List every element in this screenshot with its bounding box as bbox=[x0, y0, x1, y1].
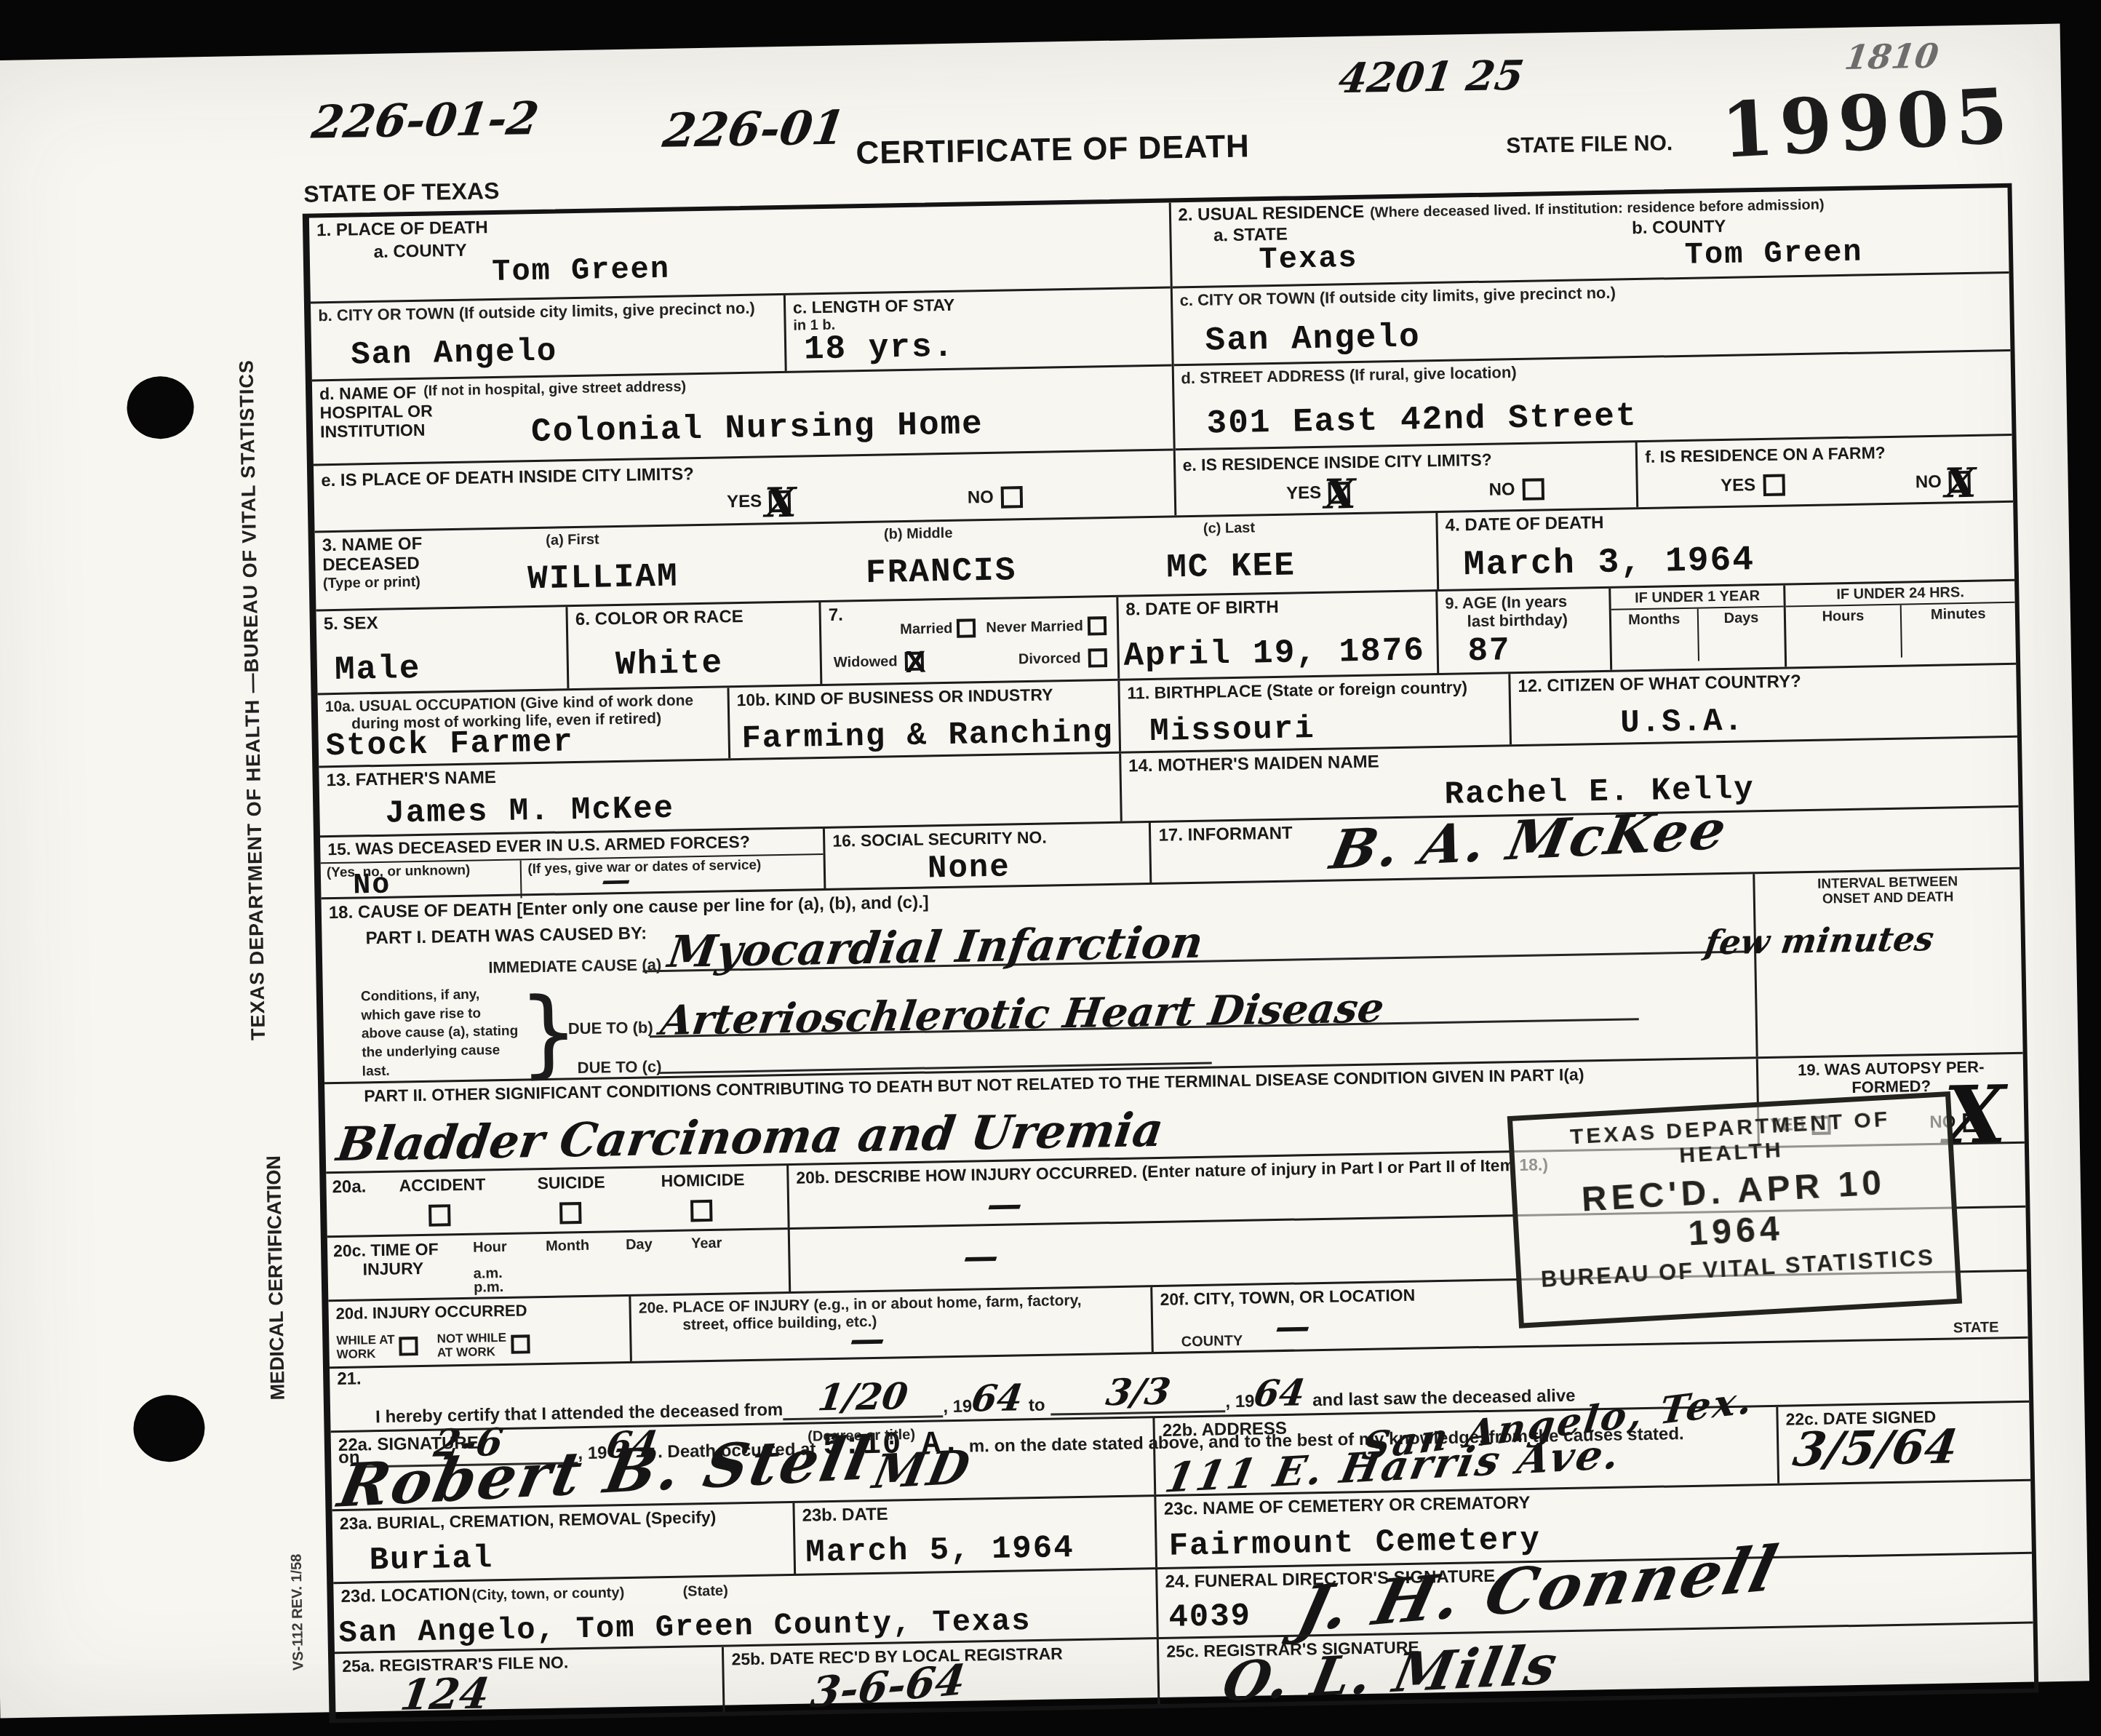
burial-type-label: 23a. BURIAL, CREMATION, REMOVAL (Specify… bbox=[340, 1507, 786, 1534]
divorced-label: Divorced bbox=[1018, 650, 1081, 667]
residence-state-value: Texas bbox=[1259, 243, 1358, 275]
residence-street-value: 301 East 42nd Street bbox=[1206, 399, 1638, 441]
section-11-birthplace: 11. BIRTHPLACE (State or foreign country… bbox=[1117, 674, 1510, 752]
registrar-signature: O. L. Mills bbox=[1219, 1638, 1563, 1709]
date-of-death-label: 4. DATE OF DEATH bbox=[1446, 506, 2006, 536]
received-stamp: TEXAS DEPARTMENT OF HEALTH REC'D. APR 10… bbox=[1507, 1091, 1962, 1329]
residence-limits-yes-label: YES bbox=[1286, 483, 1322, 503]
residence-city-value: San Angelo bbox=[1205, 320, 1421, 357]
certify-19-a: , 19 bbox=[943, 1396, 973, 1417]
interval-a-value: few minutes bbox=[1703, 922, 1937, 960]
certify-from-value: 1/20 bbox=[816, 1378, 910, 1416]
section-22c-date-signed: 22c. DATE SIGNED 3/5/64 bbox=[1776, 1403, 2030, 1484]
age-label-2: last birthday) bbox=[1467, 610, 1603, 631]
injury-20d-label: 20d. INJURY OCCURRED bbox=[335, 1300, 622, 1323]
name-title-1: 3. NAME OF bbox=[322, 533, 490, 556]
section-20c: 20c. TIME OF INJURY Hour Month Day Year … bbox=[327, 1230, 789, 1299]
injury-20c-label-1: 20c. TIME OF bbox=[333, 1241, 439, 1261]
father-value: James M. McKee bbox=[385, 793, 674, 830]
ssn-value: None bbox=[928, 851, 1010, 885]
death-limits-no-label: NO bbox=[968, 487, 994, 508]
suicide-checkbox bbox=[559, 1202, 582, 1225]
residence-title: 2. USUAL RESIDENCE bbox=[1178, 203, 1364, 226]
occupation-value: Stock Farmer bbox=[325, 726, 574, 763]
section-16-ssn: 16. SOCIAL SECURITY NO. None bbox=[823, 823, 1150, 888]
homicide-checkbox bbox=[690, 1200, 713, 1222]
burial-date-value: March 5, 1964 bbox=[805, 1532, 1075, 1569]
section-6-color-or-race: 6. COLOR OR RACE White bbox=[566, 602, 821, 688]
age-label-1: 9. AGE (In years bbox=[1445, 592, 1602, 613]
residence-limits-no-checkbox bbox=[1522, 478, 1544, 501]
residence-limits-label: e. IS RESIDENCE INSIDE CITY LIMITS? bbox=[1182, 448, 1628, 475]
certificate-title: CERTIFICATE OF DEATH bbox=[856, 128, 1250, 172]
section-18-cause-of-death: 18. CAUSE OF DEATH [Enter only one cause… bbox=[322, 874, 1757, 1082]
certify-to-word: to bbox=[1029, 1395, 1045, 1416]
section-10b-business: 10b. KIND OF BUSINESS OR INDUSTRY Farmin… bbox=[727, 681, 1119, 759]
institution-label-1: d. NAME OF bbox=[319, 383, 416, 404]
state-footer-label: STATE bbox=[1953, 1319, 1999, 1337]
state-file-number: 19905 bbox=[1719, 71, 2016, 175]
handwritten-annotation-center: 226-01 bbox=[660, 105, 848, 155]
section-12-citizen: 12. CITIZEN OF WHAT COUNTRY? U.S.A. bbox=[1508, 665, 2017, 744]
section-5-sex: 5. SEX Male bbox=[316, 607, 567, 693]
married-checkbox bbox=[957, 618, 976, 637]
physician-degree-value: MD bbox=[869, 1444, 976, 1496]
residence-farm-no-checkbox: X bbox=[1949, 471, 1972, 493]
margin-department-text: TEXAS DEPARTMENT OF HEALTH —BUREAU OF VI… bbox=[235, 333, 271, 1067]
section-23b-date: 23b. DATE March 5, 1964 bbox=[792, 1497, 1155, 1574]
injury-20e-value: — bbox=[848, 1322, 888, 1358]
sex-value: Male bbox=[335, 652, 421, 687]
section-1-place-of-death: 1. PLACE OF DEATH a. COUNTY Tom Green b.… bbox=[309, 202, 1174, 530]
name-last-label: (c) Last bbox=[1203, 519, 1256, 537]
citizen-label: 12. CITIZEN OF WHAT COUNTRY? bbox=[1518, 669, 2009, 697]
armed-forces-sub-2: (If yes, give war or dates of service) bbox=[527, 857, 761, 877]
section-22a-signature: 22a. SIGNATURE (Degree or title) Robert … bbox=[331, 1418, 1155, 1509]
immediate-cause-value: Myocardial Infarction bbox=[666, 921, 1206, 974]
punch-hole bbox=[127, 375, 195, 439]
citizen-value: U.S.A. bbox=[1620, 705, 1745, 739]
suicide-label: SUICIDE bbox=[537, 1173, 605, 1192]
certify-number: 21. bbox=[337, 1369, 362, 1389]
city-of-death-label: b. CITY OR TOWN (If outside city limits,… bbox=[318, 299, 776, 325]
not-while-label-1: NOT WHILE bbox=[436, 1331, 506, 1346]
age-value: 87 bbox=[1467, 634, 1511, 668]
section-10a-occupation: 10a. USUAL OCCUPATION (Give kind of work… bbox=[318, 688, 728, 765]
date-of-death-value: March 3, 1964 bbox=[1463, 543, 1755, 583]
length-of-stay-value: 18 yrs. bbox=[804, 330, 955, 367]
if-under-1-year: IF UNDER 1 YEAR Months Days bbox=[1608, 586, 1785, 670]
county-footer-label: COUNTY bbox=[1181, 1333, 1243, 1350]
registrar-date-value: 3-6-64 bbox=[809, 1658, 968, 1713]
section-7-marital-status: 7. Married Never Married Widowed X Divor… bbox=[819, 597, 1118, 684]
month-label: Month bbox=[546, 1238, 589, 1254]
birthplace-label: 11. BIRTHPLACE (State or foreign country… bbox=[1127, 677, 1501, 703]
injury-20a-label: 20a. bbox=[332, 1177, 366, 1198]
divorced-checkbox bbox=[1088, 648, 1107, 667]
section-8-date-of-birth: 8. DATE OF BIRTH April 19, 1876 bbox=[1116, 592, 1437, 679]
section-23a-burial: 23a. BURIAL, CREMATION, REMOVAL (Specify… bbox=[332, 1503, 794, 1582]
homicide-label: HOMICIDE bbox=[661, 1171, 744, 1191]
section-22b-address: 22b. ADDRESS San Angelo, Tex. 111 E. Har… bbox=[1153, 1407, 1778, 1494]
not-while-label-2: AT WORK bbox=[437, 1345, 507, 1360]
minutes-label: Minutes bbox=[1931, 606, 1986, 623]
pm-label: p.m. bbox=[474, 1279, 504, 1296]
under-1-year-label: IF UNDER 1 YEAR bbox=[1611, 586, 1784, 611]
city-of-death-value: San Angelo bbox=[351, 335, 558, 371]
residence-county-value: Tom Green bbox=[1684, 236, 1863, 270]
injury-20f-value: — bbox=[1273, 1309, 1313, 1345]
registrar-file-value: 124 bbox=[398, 1672, 492, 1716]
section-15-armed-forces: 15. WAS DECEASED EVER IN U.S. ARMED FORC… bbox=[320, 829, 824, 897]
name-title-2: DECEASED bbox=[322, 553, 490, 576]
armed-forces-dash: — bbox=[600, 865, 634, 895]
cemetery-value: Fairmount Cemetery bbox=[1168, 1524, 1541, 1563]
race-label: 6. COLOR OR RACE bbox=[575, 606, 812, 630]
days-label: Days bbox=[1723, 610, 1758, 627]
injury-20c-label-2: INJURY bbox=[362, 1259, 439, 1279]
date-of-birth-label: 8. DATE OF BIRTH bbox=[1125, 595, 1428, 620]
minutes-column: Minutes bbox=[1899, 603, 2016, 658]
due-to-b-label: DUE TO (b) bbox=[568, 1019, 653, 1038]
county-of-death-value: Tom Green bbox=[492, 254, 671, 287]
death-limits-no-checkbox bbox=[1001, 486, 1024, 509]
year-label: Year bbox=[691, 1235, 722, 1252]
margin-form-code: VS-112 REV. 1/58 bbox=[287, 1510, 308, 1714]
certify-year-1: 64 bbox=[970, 1379, 1026, 1417]
location-sub-1: (City, town, or county) bbox=[471, 1585, 624, 1604]
residence-limits-no-label: NO bbox=[1488, 480, 1515, 501]
due-to-b-value: Arterioschlerotic Heart Disease bbox=[658, 987, 1387, 1041]
never-married-checkbox bbox=[1088, 616, 1107, 635]
section-4-date-of-death: 4. DATE OF DEATH March 3, 1964 bbox=[1435, 503, 2014, 589]
business-label: 10b. KIND OF BUSINESS OR INDUSTRY bbox=[736, 685, 1110, 710]
certificate-paper: TEXAS DEPARTMENT OF HEALTH —BUREAU OF VI… bbox=[0, 24, 2089, 1719]
death-limits-yes-label: YES bbox=[727, 492, 762, 512]
cause-label: 18. CAUSE OF DEATH [Enter only one cause… bbox=[329, 893, 929, 923]
residence-limits-yes-checkbox: X bbox=[1328, 482, 1351, 504]
certify-to-value: 3/3 bbox=[1104, 1374, 1173, 1412]
date-of-birth-value: April 19, 1876 bbox=[1123, 634, 1425, 672]
state-file-no-label: STATE FILE NO. bbox=[1506, 131, 1673, 159]
state-of-texas-label: STATE OF TEXAS bbox=[303, 178, 500, 208]
name-first-value: WILLIAM bbox=[527, 560, 679, 597]
months-column: Months bbox=[1611, 609, 1698, 663]
date-signed-value: 3/5/64 bbox=[1790, 1424, 1961, 1473]
section-2-usual-residence: 2. USUAL RESIDENCE (Where deceased lived… bbox=[1168, 188, 2013, 515]
section-20e: 20e. PLACE OF INJURY (e.g., in or about … bbox=[629, 1287, 1152, 1361]
name-title-3: (Type or print) bbox=[323, 573, 490, 592]
days-column: Days bbox=[1697, 608, 1785, 661]
certify-19-b: , 19 bbox=[1225, 1392, 1255, 1413]
conditions-note: Conditions, if any, which gave rise to a… bbox=[361, 985, 521, 1081]
business-value: Farming & Ranching bbox=[741, 717, 1114, 755]
section-25c-registrar-signature: 25c. REGISTRAR'S SIGNATURE O. L. Mills bbox=[1157, 1624, 2034, 1704]
part1-label: PART I. DEATH WAS CAUSED BY: bbox=[365, 924, 647, 949]
name-middle-label: (b) Middle bbox=[884, 525, 953, 543]
sex-label: 5. SEX bbox=[324, 610, 559, 634]
location-sub-2: (State) bbox=[682, 1583, 728, 1600]
while-at-work-checkbox bbox=[399, 1337, 418, 1355]
margin-medical-certification-text: MEDICAL CERTIFICATION bbox=[261, 1067, 291, 1489]
institution-value: Colonial Nursing Home bbox=[531, 407, 984, 449]
widowed-checkbox: X bbox=[904, 651, 923, 670]
certificate-grid: 1. PLACE OF DEATH a. COUNTY Tom Green b.… bbox=[303, 183, 2039, 1724]
while-at-label-2: WORK bbox=[337, 1346, 396, 1361]
immediate-cause-line: Myocardial Infarction bbox=[642, 928, 1746, 973]
while-at-label-1: WHILE AT bbox=[336, 1332, 395, 1347]
hours-label: Hours bbox=[1822, 608, 1864, 625]
certify-year-2: 64 bbox=[1252, 1374, 1308, 1412]
residence-farm-yes-label: YES bbox=[1721, 476, 1756, 496]
widowed-label: Widowed bbox=[834, 653, 898, 671]
death-limits-yes-mark: X bbox=[764, 479, 797, 527]
name-first-label: (a) First bbox=[546, 531, 599, 549]
due-to-b-line: Arterioschlerotic Heart Disease bbox=[649, 982, 1639, 1038]
handwritten-annotation-left: 226-01-2 bbox=[309, 96, 541, 146]
name-last-value: MC KEE bbox=[1166, 549, 1296, 584]
hours-column: Hours bbox=[1786, 605, 1901, 660]
punch-hole bbox=[133, 1394, 206, 1462]
section-25a-registrar-file: 25a. REGISTRAR'S FILE NO. 124 bbox=[335, 1647, 723, 1719]
injury-20b-value: — bbox=[984, 1187, 1024, 1222]
burial-type-value: Burial bbox=[369, 1542, 493, 1577]
handwritten-annotation-right: 4201 25 bbox=[1336, 55, 1526, 100]
due-to-c-label: DUE TO (c) bbox=[578, 1058, 662, 1078]
death-city-limits-label: e. IS PLACE OF DEATH INSIDE CITY LIMITS? bbox=[321, 457, 1166, 492]
section-20d: 20d. INJURY OCCURRED WHILE AT WORK NOT W… bbox=[328, 1297, 630, 1366]
accident-checkbox bbox=[428, 1204, 451, 1227]
birthplace-value: Missouri bbox=[1149, 713, 1315, 748]
autopsy-no-checkbox: X bbox=[1963, 1112, 1982, 1131]
section-9-age: 9. AGE (In years last birthday) 87 bbox=[1435, 589, 1610, 673]
certificate-form: 226-01-2 226-01 CERTIFICATE OF DEATH 420… bbox=[300, 44, 2038, 1723]
if-under-24-hrs: IF UNDER 24 HRS. Hours Minutes bbox=[1784, 581, 2016, 667]
hour-label: Hour bbox=[473, 1239, 507, 1256]
registrar-file-label: 25a. REGISTRAR'S FILE NO. bbox=[342, 1651, 715, 1676]
residence-farm-yes-checkbox bbox=[1763, 474, 1785, 496]
never-married-label: Never Married bbox=[986, 618, 1083, 636]
injury-20c-value: — bbox=[961, 1239, 1001, 1275]
accident-label: ACCIDENT bbox=[399, 1175, 485, 1195]
months-label: Months bbox=[1628, 611, 1680, 628]
pencil-annotation: 1810 bbox=[1843, 39, 1940, 74]
location-label: 23d. LOCATION bbox=[340, 1585, 471, 1606]
ssn-label: 16. SOCIAL SECURITY NO. bbox=[832, 827, 1142, 851]
immediate-cause-label: IMMEDIATE CAUSE (a) bbox=[488, 956, 661, 977]
armed-forces-sub-1: (Yes, no, or unknown) bbox=[327, 862, 471, 880]
interval-column: INTERVAL BETWEEN ONSET AND DEATH few min… bbox=[1753, 869, 2023, 1056]
day-label: Day bbox=[626, 1236, 653, 1253]
burial-date-label: 23b. DATE bbox=[802, 1500, 1147, 1526]
race-value: White bbox=[615, 646, 724, 682]
not-while-at-work-checkbox bbox=[511, 1334, 530, 1353]
residence-farm-no-label: NO bbox=[1915, 472, 1942, 493]
section-25b-date-recd: 25b. DATE REC'D BY LOCAL REGISTRAR 3-6-6… bbox=[722, 1639, 1157, 1712]
married-label: Married bbox=[900, 621, 953, 638]
funeral-director-number: 4039 bbox=[1168, 1601, 1251, 1634]
death-limits-yes-checkbox: X bbox=[769, 490, 792, 513]
name-middle-value: FRANCIS bbox=[866, 554, 1017, 590]
section-20a: 20a. ACCIDENT SUICIDE HOMICIDE bbox=[326, 1166, 787, 1235]
